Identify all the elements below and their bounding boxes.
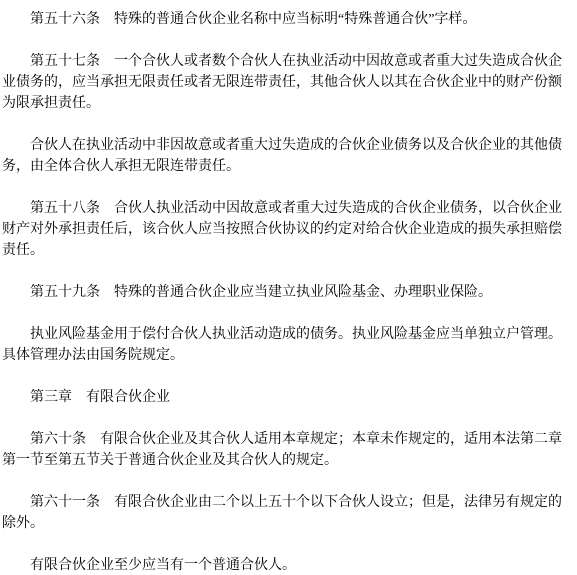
article-56: 第五十六条 特殊的普通合伙企业名称中应当标明“特殊普通合伙”字样。 xyxy=(2,9,568,30)
chapter-3-heading: 第三章 有限合伙企业 xyxy=(2,387,568,408)
article-61-clause-2: 有限合伙企业至少应当有一个普通合伙人。 xyxy=(2,555,568,575)
article-59: 第五十九条 特殊的普通合伙企业应当建立执业风险基金、办理职业保险。 xyxy=(2,282,568,303)
article-60: 第六十条 有限合伙企业及其合伙人适用本章规定；本章未作规定的，适用本法第二章第一… xyxy=(2,429,568,471)
document-body: 第五十六条 特殊的普通合伙企业名称中应当标明“特殊普通合伙”字样。第五十七条 一… xyxy=(2,9,568,575)
article-58: 第五十八条 合伙人执业活动中因故意或者重大过失造成的合伙企业债务，以合伙企业财产… xyxy=(2,198,568,261)
article-57-clause-2: 合伙人在执业活动中非因故意或者重大过失造成的合伙企业债务以及合伙企业的其他债务，… xyxy=(2,135,568,177)
document-page: 第五十六条 特殊的普通合伙企业名称中应当标明“特殊普通合伙”字样。第五十七条 一… xyxy=(0,0,577,575)
article-57: 第五十七条 一个合伙人或者数个合伙人在执业活动中因故意或者重大过失造成合伙企业债… xyxy=(2,51,568,114)
article-59-clause-2: 执业风险基金用于偿付合伙人执业活动造成的债务。执业风险基金应当单独立户管理。具体… xyxy=(2,324,568,366)
article-61: 第六十一条 有限合伙企业由二个以上五十个以下合伙人设立；但是，法律另有规定的除外… xyxy=(2,492,568,534)
